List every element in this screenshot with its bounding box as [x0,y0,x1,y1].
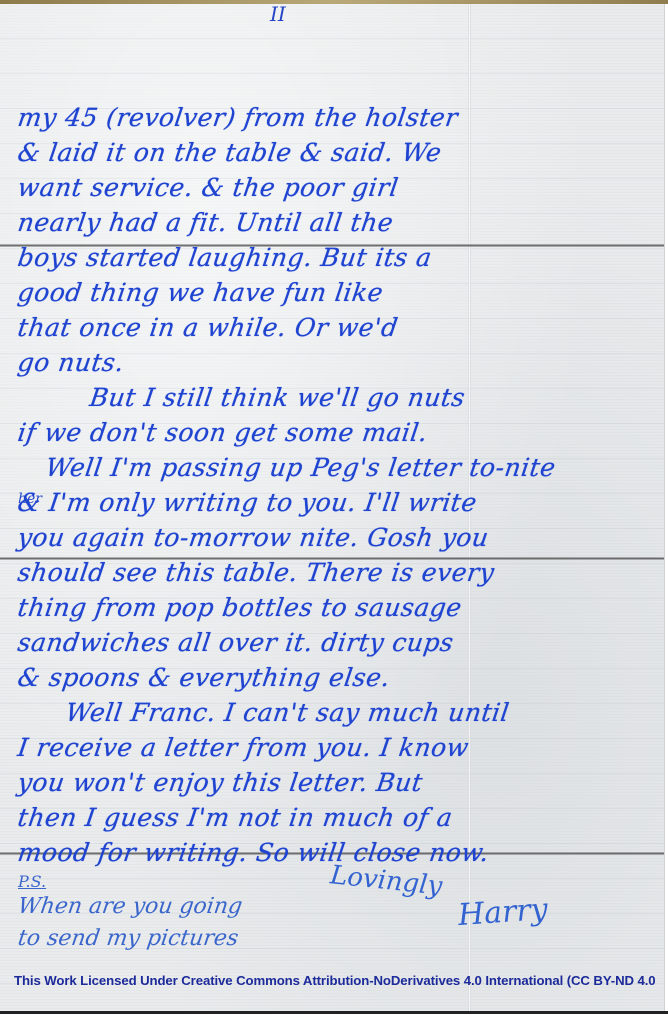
page-number: II [270,2,286,26]
letter-line: But I still think we'll go nuts [16,380,661,415]
postscript-line: When are you going [16,891,245,923]
letter-line: you again to-morrow nite. Gosh you [16,520,661,555]
postscript: P.S. When are you going to send my pictu… [18,872,242,955]
postscript-line: to send my pictures [16,923,245,955]
letter-line: go nuts. [16,345,661,380]
letter-line: you won't enjoy this letter. But [16,765,661,800]
letter-line: I receive a letter from you. I know [16,730,661,765]
scan-bottom-edge [0,1011,668,1014]
letter-line: & laid it on the table & said. We [16,135,661,170]
inserted-word: her [18,491,42,507]
letter-line: Well Franc. I can't say much until [16,695,661,730]
letter-line: that once in a while. Or we'd [16,310,661,345]
letter-line: & I'm only writing to you. I'll write [16,485,661,520]
letter-line: should see this table. There is every [16,555,661,590]
letter-line: Well I'm passing up Peg's letter to-nite [16,450,661,485]
letter-line: & spoons & everything else. [16,660,661,695]
letter-line: nearly had a fit. Until all the [16,205,661,240]
postscript-label: P.S. [18,872,242,891]
letter-line: thing from pop bottles to sausage [16,590,661,625]
license-notice: This Work Licensed Under Creative Common… [14,973,656,988]
signature: Harry [457,892,549,933]
letter-line: my 45 (revolver) from the holster [16,100,661,135]
letter-line: boys started laughing. But its a [16,240,661,275]
letter-line: sandwiches all over it. dirty cups [16,625,661,660]
letter-body: my 45 (revolver) from the holster & laid… [18,100,658,870]
letter-line: if we don't soon get some mail. [16,415,661,450]
letter-line: want service. & the poor girl [16,170,661,205]
letter-line: good thing we have fun like [16,275,661,310]
letter-line: then I guess I'm not in much of a [16,800,661,835]
